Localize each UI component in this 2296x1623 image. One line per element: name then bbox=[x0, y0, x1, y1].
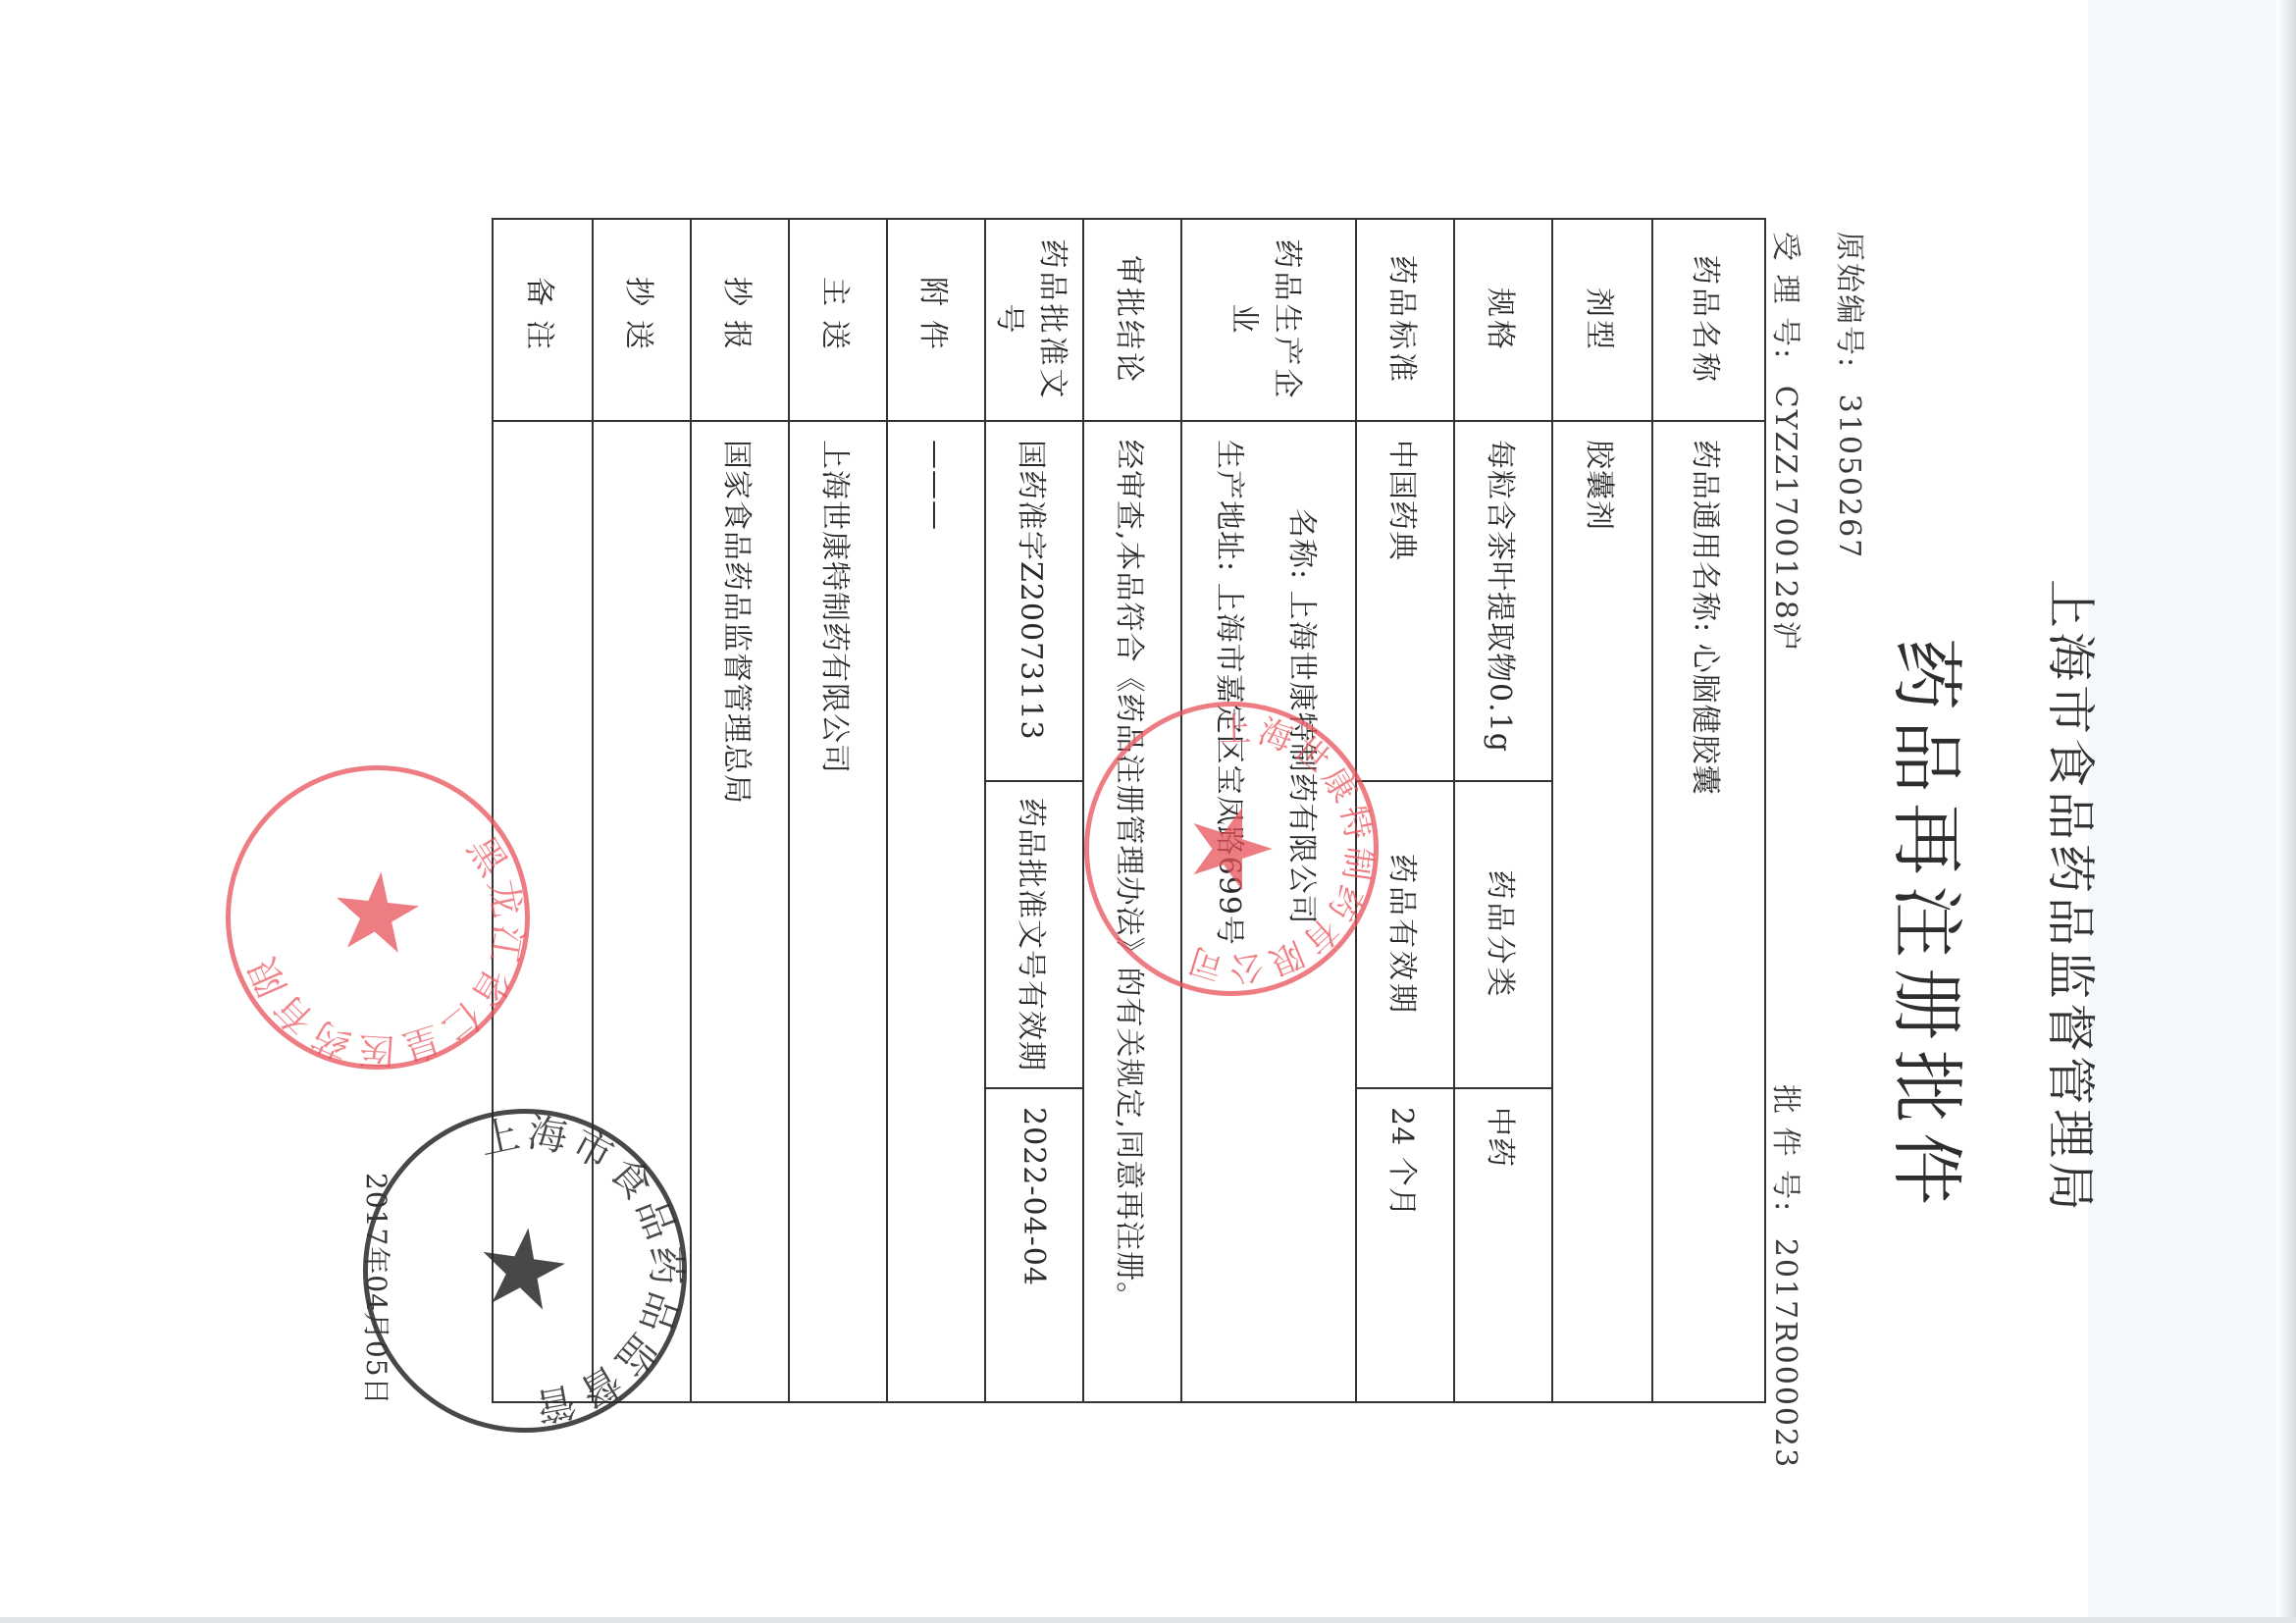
original-number: 原始编号: 31050267 bbox=[1831, 232, 1874, 559]
star-icon: ★ bbox=[463, 1214, 586, 1328]
approval-document-number-value: 2017R000023 bbox=[1768, 1238, 1802, 1469]
copy-to-label: 抄送 bbox=[593, 219, 691, 421]
report-to-label: 抄报 bbox=[691, 219, 789, 421]
row-dosage-form: 剂型 胶囊剂 bbox=[1552, 219, 1652, 1402]
original-number-value: 31050267 bbox=[1832, 394, 1866, 560]
row-report-to: 抄报 国家食品药品监督管理总局 bbox=[691, 219, 789, 1402]
drug-name-label: 药品名称 bbox=[1652, 219, 1765, 421]
agency-title: 上海市食品药品监督管理局 bbox=[2039, 579, 2110, 1215]
manufacturer-label: 药品生产企业 bbox=[1181, 219, 1356, 421]
acceptance-number-value: CYZZ1700128沪 bbox=[1768, 386, 1802, 653]
row-drug-name: 药品名称 药品通用名称: 心脑健胶囊 bbox=[1652, 219, 1765, 1402]
approval-document-number: 批 件 号: 2017R000023 bbox=[1767, 1084, 1810, 1469]
document-title: 药品再注册批件 bbox=[1880, 638, 1984, 1215]
row-main-recipient: 主送 上海世康特制药有限公司 bbox=[789, 219, 887, 1402]
acceptance-number: 受 理 号: CYZZ1700128沪 bbox=[1767, 232, 1810, 653]
drug-standard-label: 药品标准 bbox=[1356, 219, 1454, 421]
specification-label: 规格 bbox=[1454, 219, 1552, 421]
main-recipient-label: 主送 bbox=[789, 219, 887, 421]
document-page: 上海市食品药品监督管理局 药品再注册批件 原始编号: 31050267 受 理 … bbox=[0, 0, 2296, 1623]
drug-category-label: 药品分类 bbox=[1454, 781, 1552, 1088]
approval-document-number-label: 批 件 号: bbox=[1768, 1084, 1802, 1213]
specification-value: 每粒含茶叶提取物0.1g bbox=[1454, 421, 1552, 781]
row-specification: 规格 每粒含茶叶提取物0.1g 药品分类 中药 bbox=[1454, 219, 1552, 1402]
approval-validity-value: 2022-04-04 bbox=[985, 1088, 1083, 1402]
approval-number-value: 国药准字Z20073113 bbox=[985, 421, 1083, 781]
dosage-form-label: 剂型 bbox=[1552, 219, 1652, 421]
issue-date: 2017年04月05日 bbox=[358, 1173, 397, 1406]
row-approval-number: 药品批准文号 国药准字Z20073113 药品批准文号有效期 2022-04-0… bbox=[985, 219, 1083, 1402]
company-seal: 上海世康特制药有限公司 ★ bbox=[1084, 702, 1379, 996]
conclusion-label: 审批结论 bbox=[1083, 219, 1181, 421]
dosage-form-value: 胶囊剂 bbox=[1552, 421, 1652, 1402]
approval-number-label: 药品批准文号 bbox=[985, 219, 1083, 421]
main-recipient-value: 上海世康特制药有限公司 bbox=[789, 421, 887, 1402]
report-to-value: 国家食品药品监督管理总局 bbox=[691, 421, 789, 1402]
original-number-label: 原始编号: bbox=[1832, 232, 1866, 369]
star-icon: ★ bbox=[1177, 801, 1285, 898]
validity-value: 24 个月 bbox=[1356, 1088, 1454, 1402]
attachment-value: ——— bbox=[887, 421, 985, 1402]
remarks-label: 备注 bbox=[493, 219, 593, 421]
row-attachment: 附件 ——— bbox=[887, 219, 985, 1402]
drug-category-value: 中药 bbox=[1454, 1088, 1552, 1402]
attachment-label: 附件 bbox=[887, 219, 985, 421]
approval-validity-label: 药品批准文号有效期 bbox=[985, 781, 1083, 1088]
acceptance-number-label: 受 理 号: bbox=[1768, 232, 1802, 360]
drug-name-value: 药品通用名称: 心脑健胶囊 bbox=[1652, 421, 1765, 1402]
